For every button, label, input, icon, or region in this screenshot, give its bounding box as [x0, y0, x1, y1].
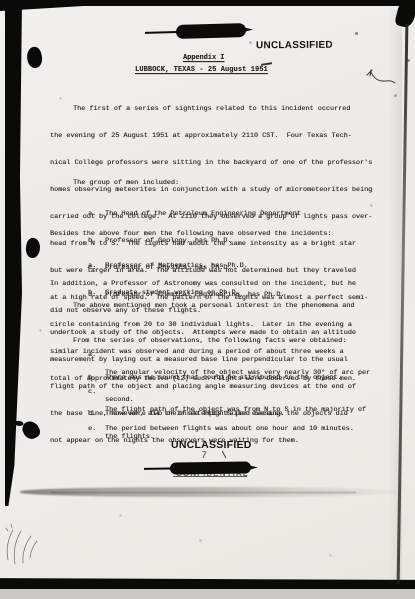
redaction-bar-top	[176, 23, 246, 39]
text-line: nical College professors were sitting in…	[50, 159, 372, 168]
scan-smudge-band	[20, 487, 402, 497]
appendix-heading: Appendix I	[183, 54, 224, 62]
pen-tick-mark	[261, 62, 272, 65]
scan-edge-left	[5, 0, 22, 506]
pen-scratch-marks	[2, 518, 44, 570]
punch-hole	[25, 237, 42, 259]
fact-item-e: e. The period between flights was about …	[88, 425, 354, 434]
paper-right-edge-shadow	[388, 10, 402, 582]
list-item-text: The Head of the Petroleum Engineering De…	[105, 210, 301, 219]
page-number: 7	[201, 451, 208, 462]
list-item-label: a.	[88, 210, 105, 219]
fact-text: The period between flights was about one…	[105, 425, 354, 434]
text-line: There were two or three flights per even…	[105, 410, 284, 419]
group-intro-line: The group of men included:	[73, 179, 179, 188]
facts-intro-line: From the series of observations, the fol…	[73, 337, 346, 346]
pen-hook-mark	[363, 67, 397, 87]
list-item-label: e.	[88, 425, 105, 434]
fact-item-d: d. There were two or three flights per e…	[88, 410, 284, 419]
punch-hole	[20, 418, 43, 441]
redaction-bar-bottom	[170, 461, 251, 474]
list-item-label: b.	[88, 374, 105, 383]
text-line: The first of a series of sightings relat…	[50, 105, 372, 114]
scan-noise-specks	[0, 0, 1, 1]
text-line: There was no sound that could be attribu…	[105, 374, 342, 383]
list-item: a.The Head of the Petroleum Engineering …	[88, 210, 301, 219]
strike-through-line	[173, 476, 247, 477]
text-line: The above mentioned men took a personal …	[50, 302, 356, 311]
fact-text: There were two or three flights per even…	[105, 410, 284, 419]
document-title: LUBBOCK, TEXAS - 25 August 1951	[135, 66, 268, 74]
text-line: The period between flights was about one…	[105, 425, 354, 434]
scanner-background	[0, 589, 415, 599]
fact-item-b: b. There was no sound that could be attr…	[88, 374, 342, 383]
list-item-label: d.	[88, 410, 105, 419]
punch-hole	[25, 45, 45, 69]
besides-intro-line: Besides the above four men the following…	[50, 230, 331, 239]
unclassified-stamp-top: UNCLASSIFIED	[256, 40, 333, 52]
scanned-document-page: UNCLASSIFIED Appendix I LUBBOCK, TEXAS -…	[0, 0, 415, 599]
fact-text: There was no sound that could be attribu…	[105, 374, 342, 383]
unclassified-stamp-bottom: UNCLASSIFIED	[171, 439, 252, 451]
list-item-label: c.	[88, 388, 105, 460]
text-line: the evening of 25 August 1951 at approxi…	[50, 132, 372, 141]
